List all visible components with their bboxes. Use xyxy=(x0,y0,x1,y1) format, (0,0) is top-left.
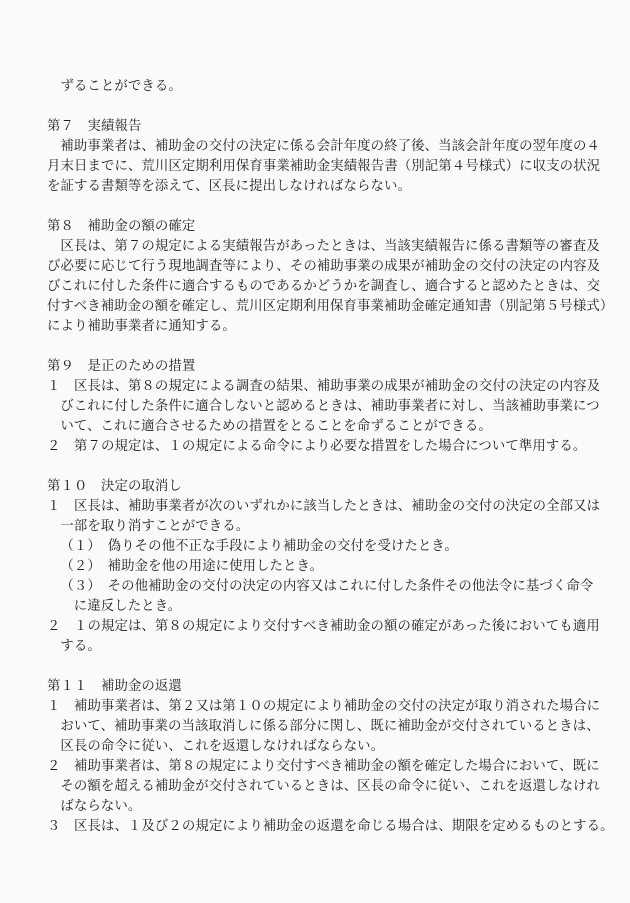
blank-line xyxy=(47,196,587,216)
text-line: おいて、補助事業の当該取消しに係る部分に関し、既に補助金が交付されているときは、 xyxy=(47,716,587,736)
blank-line xyxy=(47,456,587,476)
text-line: に違反したとき。 xyxy=(47,596,587,616)
section-heading: 第９ 是正のための措置 xyxy=(47,356,587,376)
text-line: する。 xyxy=(47,636,587,656)
blank-line xyxy=(47,336,587,356)
text-line: 月末日までに、荒川区定期利用保育事業補助金実績報告書（別記第４号様式）に収支の状… xyxy=(47,156,587,176)
text-line: いて、これに適合させるための措置をとることを命ずることができる。 xyxy=(47,416,587,436)
text-line: び必要に応じて行う現地調査等により、その補助事業の成果が補助金の交付の決定の内容… xyxy=(47,256,587,276)
text-line: を証する書類等を添えて、区長に提出しなければならない。 xyxy=(47,176,587,196)
text-line: 一部を取り消すことができる。 xyxy=(47,516,587,536)
text-line: 付すべき補助金の額を確定し、荒川区定期利用保育事業補助金確定通知書（別記第５号様… xyxy=(47,296,587,316)
text-line: １ 区長は、第８の規定による調査の結果、補助事業の成果が補助金の交付の決定の内容… xyxy=(47,376,587,396)
text-line: びこれに付した条件に適合するものであるかどうかを調査し、適合すると認めたときは、… xyxy=(47,276,587,296)
section-heading: 第８ 補助金の額の確定 xyxy=(47,216,587,236)
section-heading: 第７ 実績報告 xyxy=(47,116,587,136)
text-line: その額を超える補助金が交付されているときは、区長の命令に従い、これを返還しなけれ xyxy=(47,776,587,796)
text-line: ずることができる。 xyxy=(47,76,587,96)
text-line: により補助事業者に通知する。 xyxy=(47,316,587,336)
text-line: （２） 補助金を他の用途に使用したとき。 xyxy=(47,556,587,576)
text-line: １ 補助事業者は、第２又は第１０の規定により補助金の交付の決定が取り消された場合… xyxy=(47,696,587,716)
text-line: １ 区長は、補助事業者が次のいずれかに該当したときは、補助金の交付の決定の全部又… xyxy=(47,496,587,516)
section-heading: 第１０ 決定の取消し xyxy=(47,476,587,496)
text-line: びこれに付した条件に適合しないと認めるときは、補助事業者に対し、当該補助事業につ xyxy=(47,396,587,416)
section-heading: 第１１ 補助金の返還 xyxy=(47,676,587,696)
text-line: ３ 区長は、１及び２の規定により補助金の返還を命じる場合は、期限を定めるものとす… xyxy=(47,816,587,836)
document-text-block: ずることができる。第７ 実績報告補助事業者は、補助金の交付の決定に係る会計年度の… xyxy=(47,76,587,836)
document-page: ずることができる。第７ 実績報告補助事業者は、補助金の交付の決定に係る会計年度の… xyxy=(0,0,630,903)
blank-line xyxy=(47,96,587,116)
text-line: 補助事業者は、補助金の交付の決定に係る会計年度の終了後、当該会計年度の翌年度の４ xyxy=(47,136,587,156)
text-line: ２ 第７の規定は、１の規定による命令により必要な措置をした場合について準用する。 xyxy=(47,436,587,456)
text-line: （３） その他補助金の交付の決定の内容又はこれに付した条件その他法令に基づく命令 xyxy=(47,576,587,596)
text-line: （１） 偽りその他不正な手段により補助金の交付を受けたとき。 xyxy=(47,536,587,556)
text-line: 区長は、第７の規定による実績報告があったときは、当該実績報告に係る書類等の審査及 xyxy=(47,236,587,256)
blank-line xyxy=(47,656,587,676)
text-line: ばならない。 xyxy=(47,796,587,816)
text-line: ２ 補助事業者は、第８の規定により交付すべき補助金の額を確定した場合において、既… xyxy=(47,756,587,776)
text-line: 区長の命令に従い、これを返還しなければならない。 xyxy=(47,736,587,756)
text-line: ２ １の規定は、第８の規定により交付すべき補助金の額の確定があった後においても適… xyxy=(47,616,587,636)
